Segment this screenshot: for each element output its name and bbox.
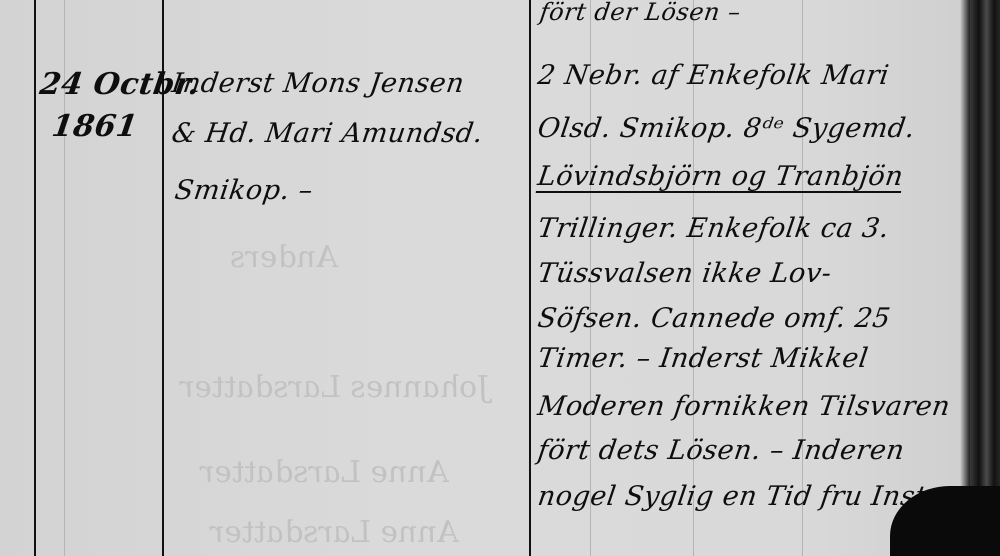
bleed-through-text: Anders (227, 240, 341, 275)
notes-line-9: fört dets Lösen. – Inderen (536, 437, 906, 464)
notes-line-1: 2 Nebr. af Enkefolk Mari (536, 62, 891, 89)
entry-name-line-3: Smikop. – (173, 177, 315, 204)
column-rule-names (529, 0, 531, 556)
bleed-through-text: Johannes Larsdatter (177, 370, 493, 405)
book-spine (970, 0, 1000, 556)
entry-name-line-1: Inderst Mons Jensen (170, 70, 466, 97)
notes-line-2: Olsd. Smikop. 8ᵈᵉ Sygemd. (536, 115, 917, 142)
notes-line-8: Moderen fornikken Tilsvaren (536, 393, 952, 420)
column-rule-left (34, 0, 36, 556)
bleed-through-text: Anne Larsdatter (207, 515, 462, 550)
notes-line-7: Timer. – Inderst Mikkel (536, 345, 870, 372)
bleed-through-text: Anne Larsdatter (197, 455, 452, 490)
entry-name-line-2: & Hd. Mari Amundsd. (170, 120, 485, 147)
notes-line-6: Söfsen. Cannede omf. 25 (536, 305, 892, 332)
register-page: Anders Johannes Larsdatter Anne Larsdatt… (0, 0, 1000, 556)
notes-line-3: Lövindsbjörn og Tranbjön (536, 163, 905, 190)
notes-line-4: Trillinger. Enkefolk ca 3. (536, 215, 891, 242)
notes-line-10: nogel Syglig en Tid fru Inst. (536, 483, 937, 510)
notes-carryover-line: fört der Lösen – (538, 0, 742, 24)
entry-date-year: 1861 (50, 112, 140, 142)
notes-line-5: Tüssvalsen ikke Lov- (536, 260, 833, 287)
